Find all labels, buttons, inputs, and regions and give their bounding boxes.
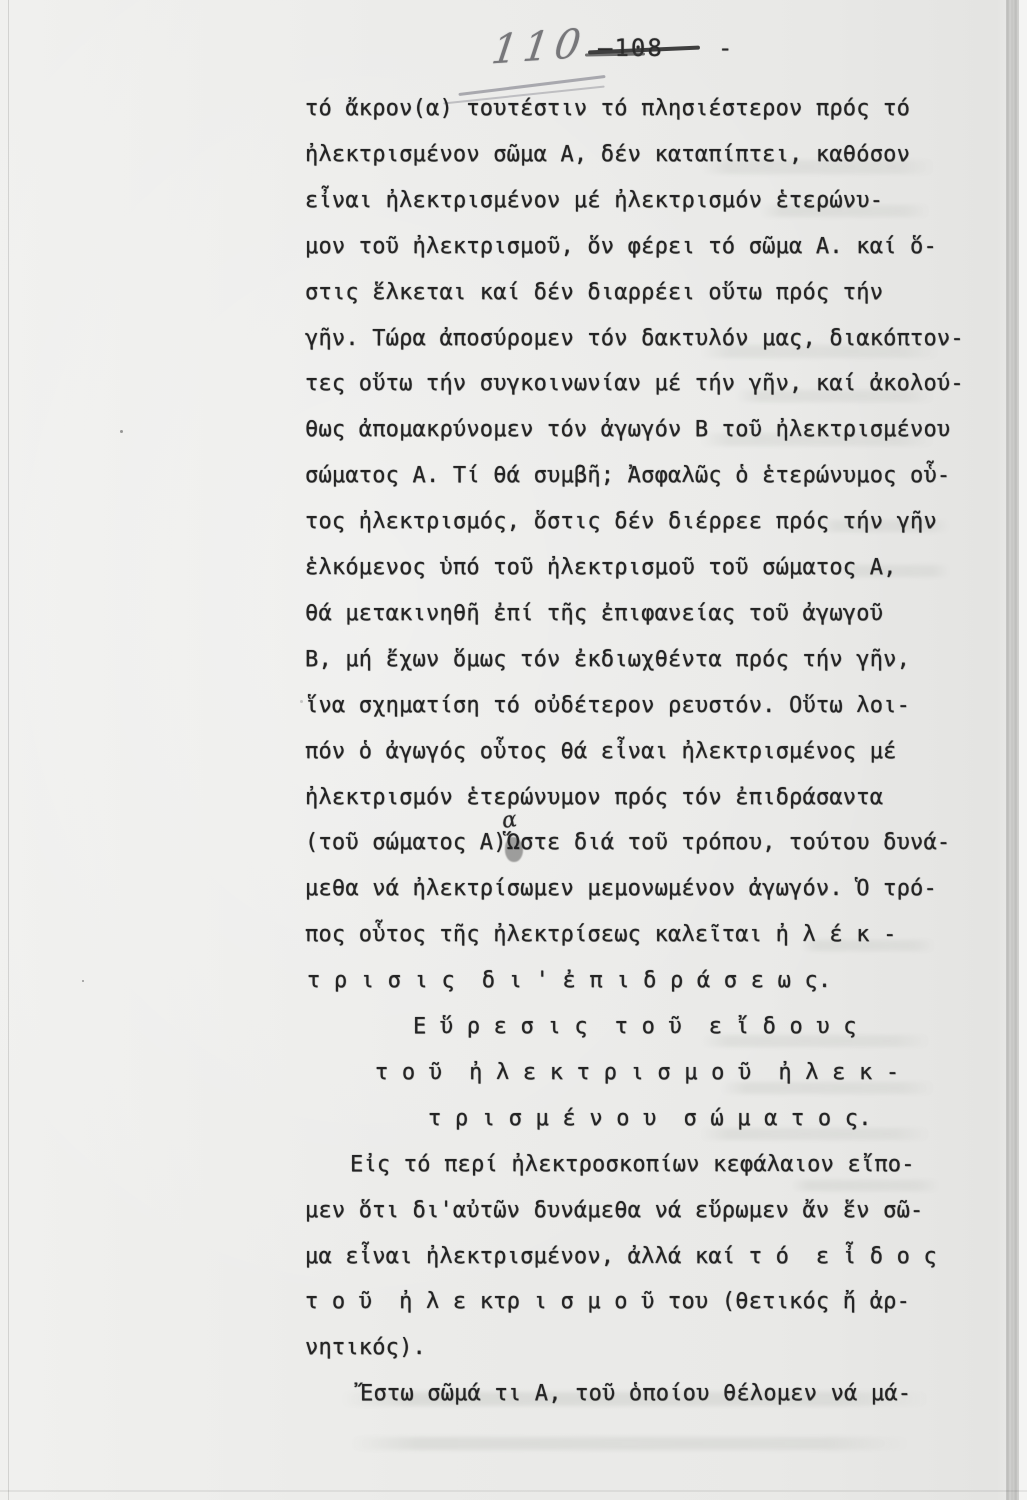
ink-speck [300,700,303,703]
text-line: θως ἀπομακρύνομεν τόν ἀγωγόν Β τοῦ ἠλεκτ… [305,417,950,442]
text-line: πόν ὁ ἀγωγός οὗτος θά εἶναι ἠλεκτρισμένο… [305,739,897,764]
ink-speck [120,430,123,433]
text-line: μον τοῦ ἠλεκτρισμοῦ, ὅν φέρει τό σῶμα Α.… [305,234,937,259]
text-line: ἠλεκτρισμένον σῶμα Α, δέν καταπίπτει, κα… [305,142,910,167]
text-line: γῆν. Τώρα ἀποσύρομεν τόν δακτυλόν μας, δ… [305,326,964,351]
text-line: θά μετακινηθῆ ἐπί τῆς ἐπιφανείας τοῦ ἀγω… [305,601,883,626]
text-line: τ ο ῦ ἠ λ ε κτρ ι σ μ ο ῦ του (θετικός ἤ… [305,1289,910,1314]
text-line: νητικός). [305,1335,426,1360]
text-line: σώματος Α. Τί θά συμβῆ; Ἀσφαλῶς ὁ ἑτερών… [305,463,950,488]
text-block: τό ἄκρον(α) τουτέστιν τό πλησιέστερον πρ… [0,0,1027,1500]
text-line: ἵνα σχηματίση τό οὐδέτερον ρευστόν. Οὕτω… [305,693,910,718]
text-line: Β, μή ἔχων ὅμως τόν ἐκδιωχθέντα πρός τήν… [305,647,910,672]
text-line: τες οὕτω τήν συγκοινωνίαν μέ τήν γῆν, κα… [305,371,964,396]
text-line: τος ἠλεκτρισμός, ὅστις δέν διέρρεε πρός … [305,509,937,534]
scan-background-strip [1019,0,1027,1500]
handwritten-correction: α [500,807,518,834]
text-line: μα εἶναι ἠλεκτρισμένον, ἀλλά καί τ ό ε ἶ… [305,1244,937,1269]
ink-blot [505,837,523,862]
ink-speck [82,980,84,982]
page-bottom-edge [0,1490,1027,1492]
text-line: Ε ὕ ρ ε σ ι ς τ ο ῦ ε ἴ δ ο υ ς [413,1014,857,1039]
text-line: πος οὗτος τῆς ἠλεκτρίσεως καλεῖται ἠ λ έ… [305,922,897,947]
text-line: ἑλκόμενος ὑπό τοῦ ἠλεκτρισμοῦ τοῦ σώματο… [305,555,897,580]
text-line: στις ἕλκεται καί δέν διαρρέει οὕτω πρός … [305,280,883,305]
text-line: τ ρ ι σ ι ς δ ι ' ἐ π ι δ ρ ά σ ε ω ς. [307,968,831,993]
text-line: (τοῦ σώματος Α)Ὥστε διά τοῦ τρόπου, τούτ… [305,830,950,855]
text-line: εἶναι ἠλεκτρισμένον μέ ἠλεκτρισμόν ἑτερώ… [305,188,883,213]
text-line: μεν ὅτι δι'αὐτῶν δυνάμεθα νά εὕρωμεν ἄν … [305,1198,923,1223]
text-line: ἠλεκτρισμόν ἑτερώνυμον πρός τόν ἐπιδράσα… [305,785,883,810]
text-line: Εἰς τό περί ἠλεκτροσκοπίων κεφάλαιον εἴπ… [350,1152,915,1177]
scanned-page: 110 —108 - τό ἄκρον(α) τουτέστιν τό πλησ… [0,0,1027,1500]
text-line: τό ἄκρον(α) τουτέστιν τό πλησιέστερον πρ… [305,96,910,121]
page-right-edge [1006,0,1019,1500]
text-line: Ἔστω σῶμά τι Α, τοῦ ὁποίου θέλομεν νά μά… [360,1381,911,1406]
text-line: μεθα νά ἠλεκτρίσωμεν μεμονωμένον ἀγωγόν.… [305,876,937,901]
page-left-edge [8,0,9,1500]
text-line: τ ρ ι σ μ έ ν ο υ σ ώ μ α τ ο ς. [428,1106,872,1131]
text-line: τ ο ῦ ἠ λ ε κ τ ρ ι σ μ ο ῦ ἠ λ ε κ - [375,1060,899,1085]
